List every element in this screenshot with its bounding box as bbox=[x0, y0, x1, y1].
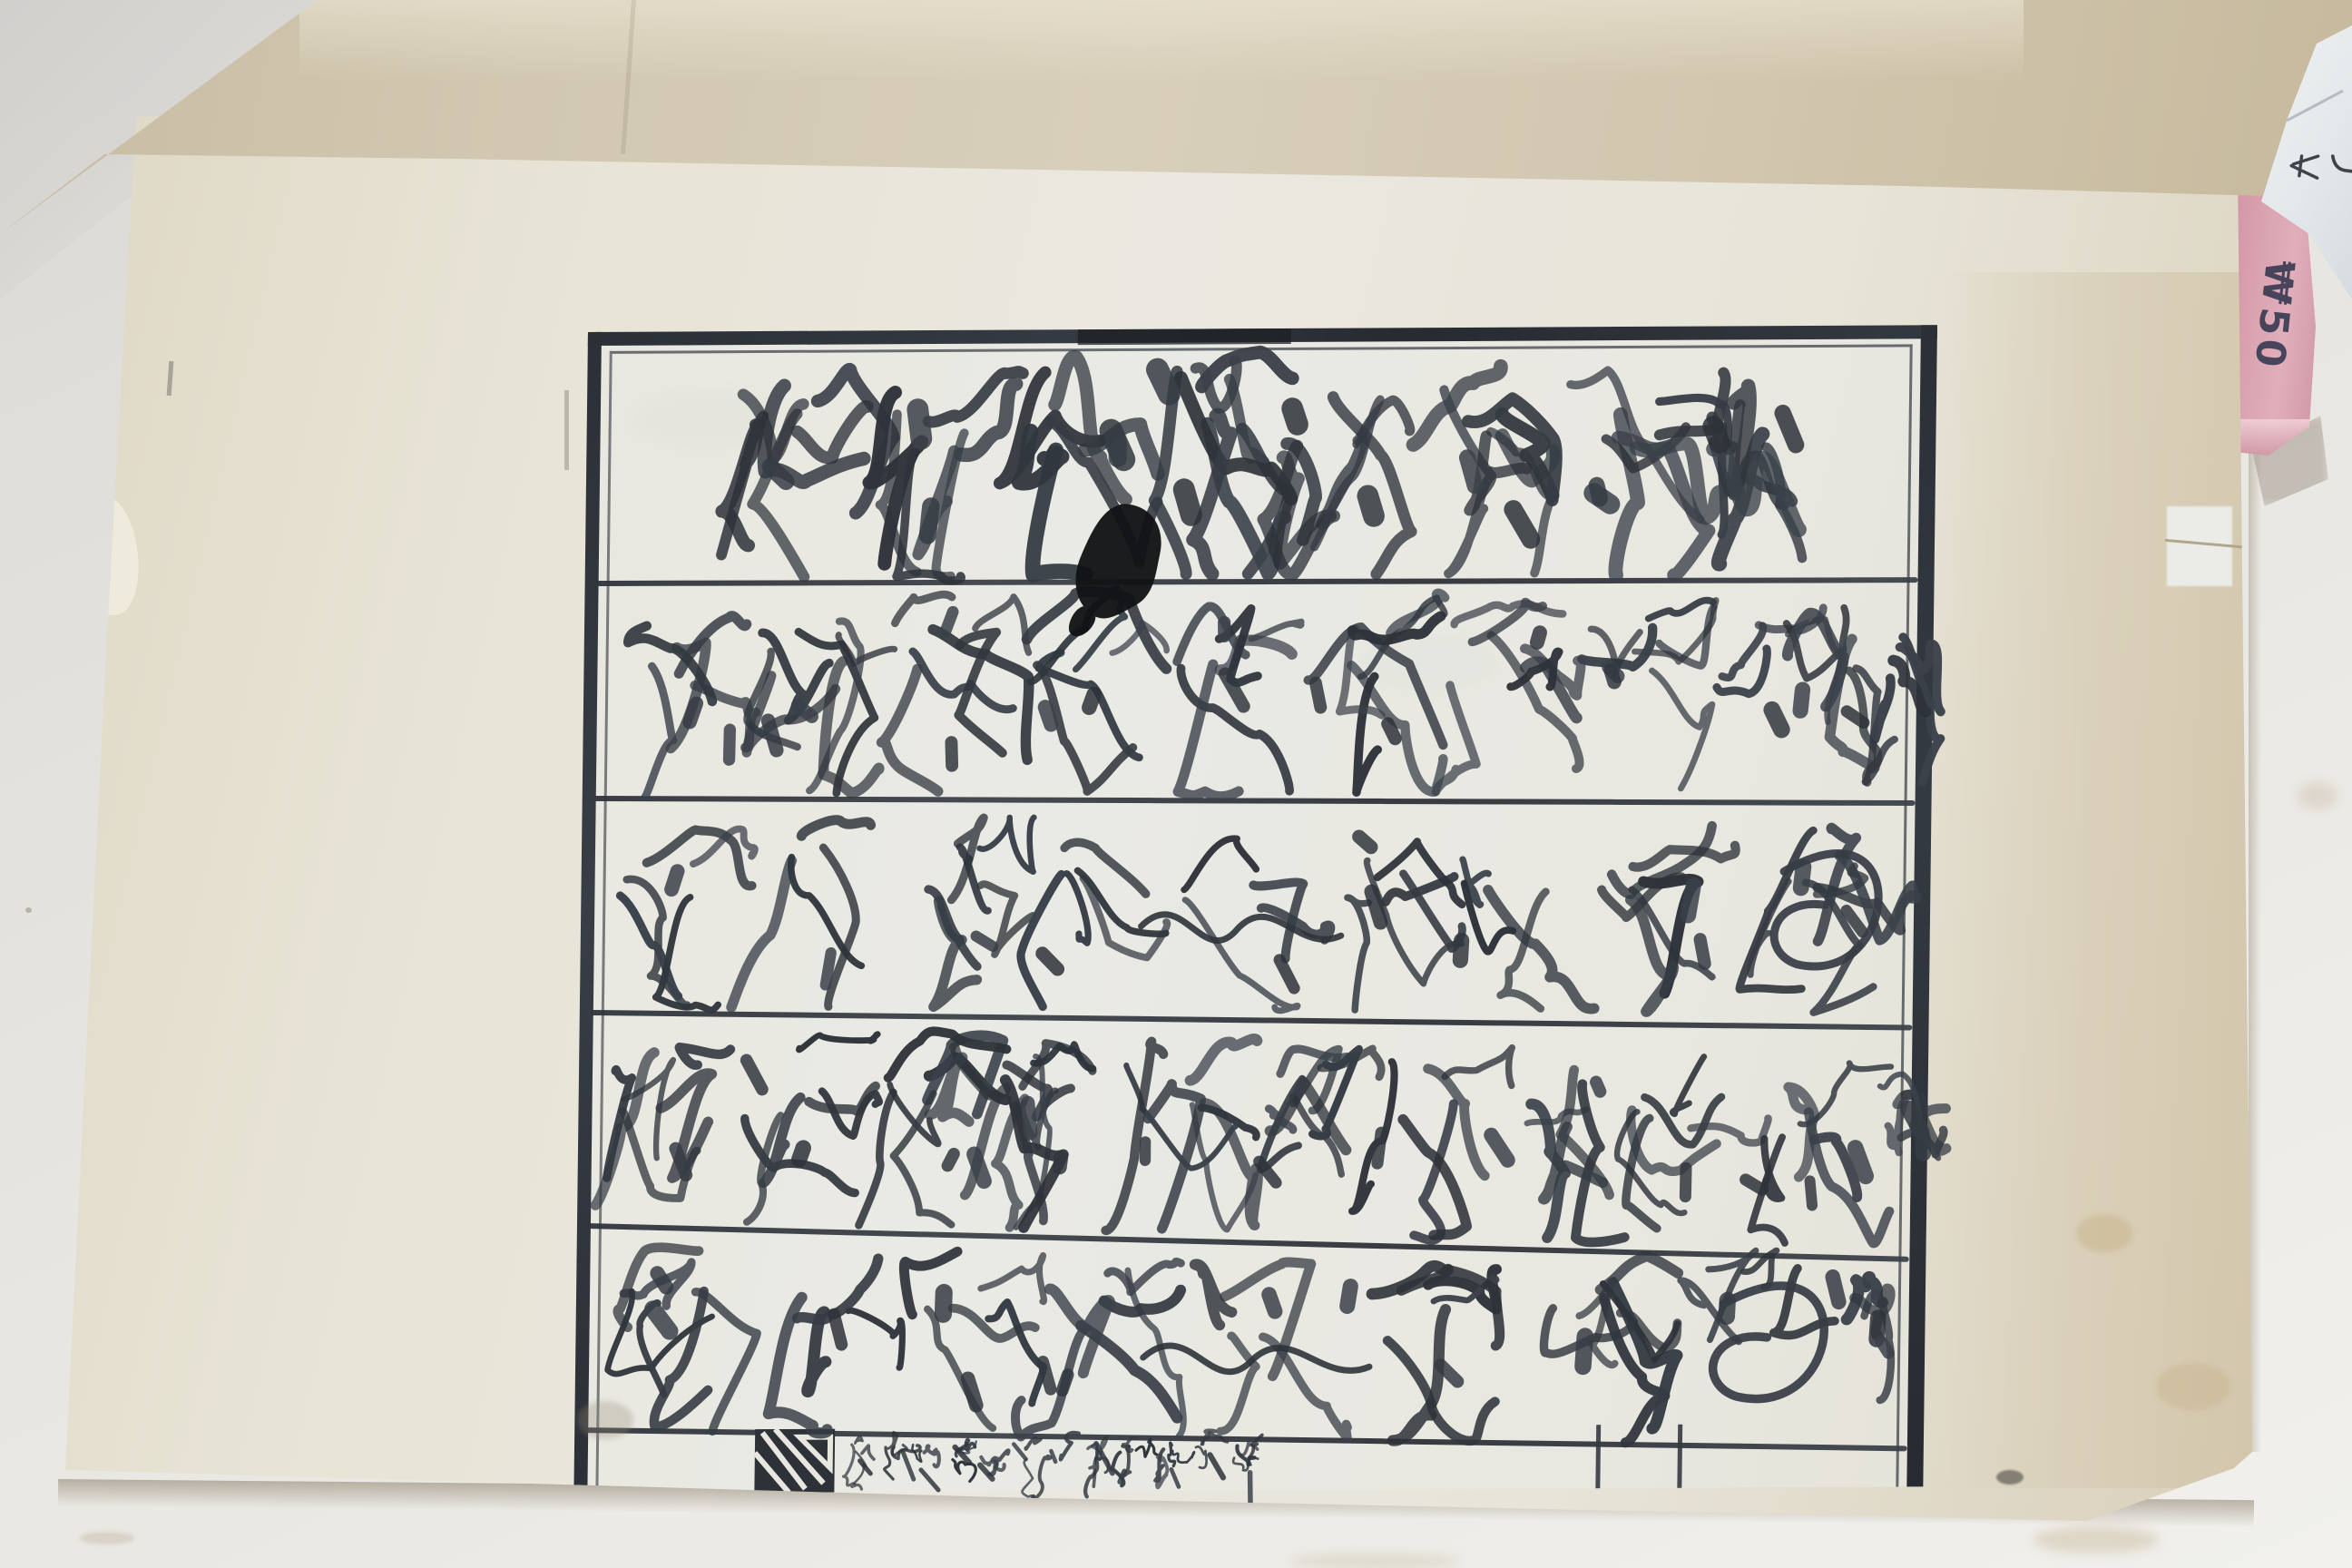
note-handwriting bbox=[2277, 142, 2352, 195]
calligraphy-layer bbox=[573, 325, 1937, 1494]
main-page bbox=[0, 0, 2352, 1568]
printed-frame bbox=[573, 325, 1937, 1494]
graphite-mark bbox=[167, 361, 174, 396]
foxing-stain bbox=[2076, 1214, 2132, 1252]
torn-edge-flake bbox=[77, 494, 142, 617]
graphite-mark bbox=[564, 390, 569, 470]
table-stain bbox=[2298, 782, 2337, 809]
photo-of-woodblock-book: ₩50 bbox=[0, 0, 2352, 1568]
table-speck bbox=[80, 1532, 134, 1544]
flap-highlight bbox=[299, 0, 2024, 82]
table-speck bbox=[25, 907, 32, 913]
table-stain bbox=[2033, 1526, 2160, 1553]
foxing-stain bbox=[577, 1401, 633, 1439]
bookmark-handwritten-price: ₩50 bbox=[2245, 255, 2303, 376]
page-right-margin-toning bbox=[1942, 272, 2255, 1488]
foxing-stain bbox=[2156, 1363, 2230, 1410]
table-stain bbox=[1289, 1553, 1461, 1568]
dark-smudge bbox=[1996, 1470, 2024, 1485]
